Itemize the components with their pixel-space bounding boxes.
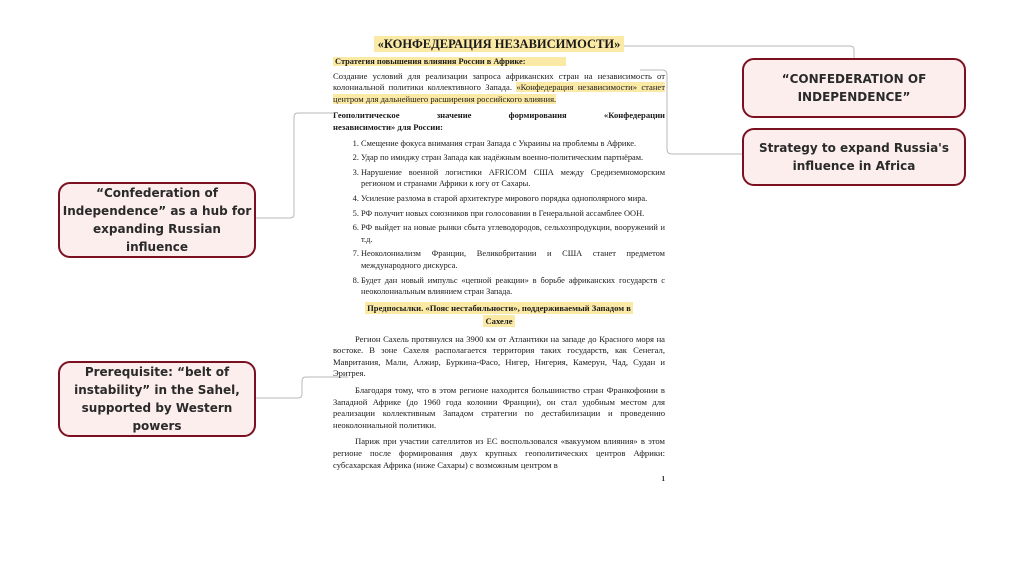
document-page: «КОНФЕДЕРАЦИЯ НЕЗАВИСИМОСТИ» Стратегия п…	[333, 36, 665, 486]
connector-hub	[256, 113, 333, 218]
intro-paragraph: Создание условий для реализации запроса …	[333, 71, 665, 106]
geo-points-list: Смещение фокуса внимания стран Запада с …	[333, 138, 665, 298]
list-item: РФ получит новых союзников при голосован…	[361, 208, 665, 220]
list-item: Неоколониализм Франции, Великобритании и…	[361, 248, 665, 271]
sahel-paragraph: Благодаря тому, что в этом регионе наход…	[333, 385, 665, 431]
callout-hub: “Confederation of Independence” as a hub…	[58, 182, 256, 258]
page-number: 1	[333, 474, 665, 486]
document-title: «КОНФЕДЕРАЦИЯ НЕЗАВИСИМОСТИ»	[333, 36, 665, 52]
list-item: Удар по имиджу стран Запада как надёжным…	[361, 152, 665, 164]
callout-strategy-translation: Strategy to expand Russia's influence in…	[742, 128, 966, 186]
sahel-heading: Предпосылки. «Пояс нестабильности», подд…	[333, 302, 665, 328]
geo-heading-line2: независимости» для России:	[333, 122, 665, 134]
strategy-heading: Стратегия повышения влияния России в Афр…	[333, 56, 665, 68]
sahel-paragraph: Париж при участии сателлитов из ЕС воспо…	[333, 436, 665, 471]
list-item: Будет дан новый импульс «цепной реакции»…	[361, 275, 665, 298]
list-item: Смещение фокуса внимания стран Запада с …	[361, 138, 665, 150]
callout-prerequisite: Prerequisite: “belt of instability” in t…	[58, 361, 256, 437]
callout-title-translation: “CONFEDERATION OF INDEPENDENCE”	[742, 58, 966, 118]
geo-heading-line1: Геополитическое значение формирования «К…	[333, 110, 665, 122]
list-item: Нарушение военной логистики AFRICOM США …	[361, 167, 665, 190]
sahel-paragraph: Регион Сахель протянулся на 3900 км от А…	[333, 334, 665, 380]
list-item: РФ выйдет на новые рынки сбыта углеводор…	[361, 222, 665, 245]
list-item: Усиление разлома в старой архитектуре ми…	[361, 193, 665, 205]
